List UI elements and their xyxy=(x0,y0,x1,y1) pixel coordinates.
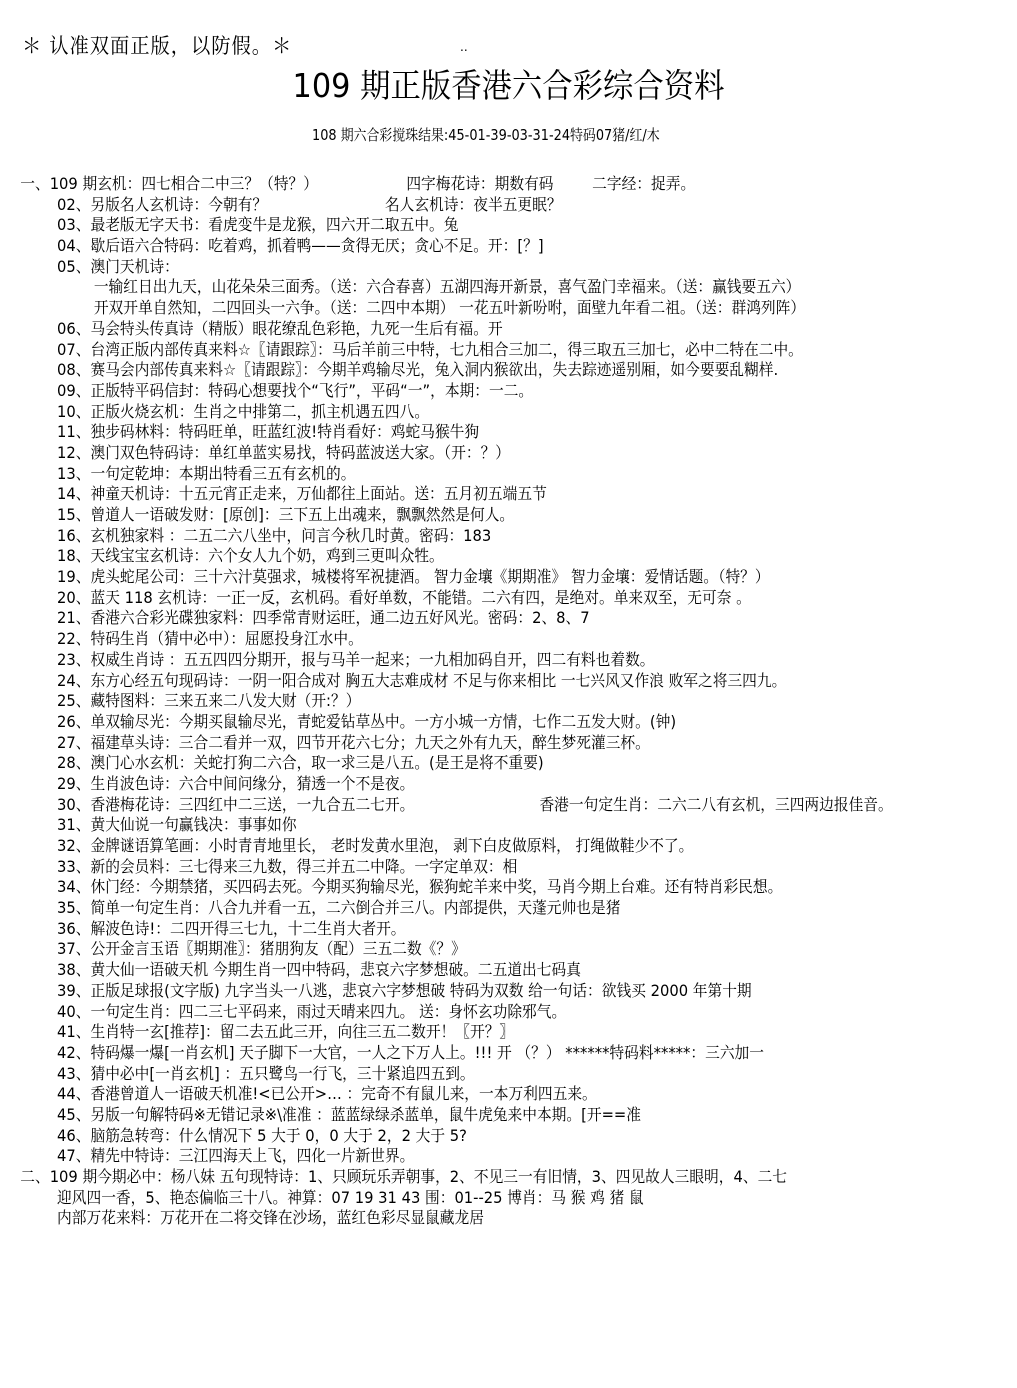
list-item-subline: 一输红日出九天，山花朵朵三面秀。（送：六合春喜）五湖四海开新景，喜气盈门幸福来。… xyxy=(0,277,936,298)
list-item: 09、正版特平码信封：特码心想要找个“飞行”，平码“一”，本期：一二。 xyxy=(0,381,936,402)
list-item: 10、正版火烧玄机：生肖之中排第二，抓主机遇五四八。 xyxy=(0,402,936,423)
list-item: 12、澳门双色特码诗：单红单蓝实易找，特码蓝波送大家。（开：？） xyxy=(0,443,936,464)
list-item: 40、一句定生肖：四二三七平码来，雨过天晴来四九。 送：身怀玄功除邪气。 xyxy=(0,1002,936,1023)
section-1-header-line: 一、109 期玄机：四七相合二中三？（特？）四字梅花诗：期数有码二字经：捉弄。 xyxy=(0,174,936,195)
section-1-label: 一、 xyxy=(20,174,49,193)
plum-poem: 四字梅花诗：期数有码 xyxy=(406,174,553,193)
document-body: 一、109 期玄机：四七相合二中三？（特？）四字梅花诗：期数有码二字经：捉弄。 … xyxy=(0,174,1017,1229)
list-item: 38、黄大仙一语破天机 今期生肖一四中特码，悲哀六字梦想破。二五道出七码真 xyxy=(0,960,936,981)
list-item: 39、正版足球报(文字版) 九字当头一八逃，悲哀六字梦想破 特码为双数 给一句话… xyxy=(0,981,936,1002)
list-item: 28、澳门心水玄机：关蛇打狗二六合，取一求三是八五。(是王是将不重要) xyxy=(0,753,936,774)
list-item: 47、精先中特诗：三江四海天上飞，四化一片新世界。 xyxy=(0,1146,936,1167)
list-item: 15、曾道人一语破发财：[原创]：三下五上出魂来，飘飘然然是何人。 xyxy=(0,505,936,526)
section-1-mystery: 109 期玄机：四七相合二中三？（特？） xyxy=(50,174,318,193)
list-item: 34、休门经：今期禁猪，买四码去死。今期买狗输尽光，猴狗蛇羊来中奖，马肖今期上台… xyxy=(0,877,936,898)
list-item: 07、台湾正版内部传真来料☆〖请跟踪〗：马后羊前三中特，七九相合三加二，得三取五… xyxy=(0,340,936,361)
list-item: 25、藏特图料：三来五来二八发大财（开:？） xyxy=(0,691,936,712)
list-item: 08、赛马会内部传真来料☆〖请跟踪〗：今期羊鸡输尽光，兔入洞内猴欲出，失去踪迹遥… xyxy=(0,360,936,381)
list-item: 21、香港六合彩光碟独家料：四季常青财运旺，通二边五好风光。密码：2、8、7 xyxy=(0,608,936,629)
list-item: 20、蓝天 118 玄机诗：一正一反，玄机码。看好单数，不能错。二六有四，是绝对… xyxy=(0,588,936,609)
list-item: 37、公开金言玉语〖期期准〗：猪朋狗友（配）三五二数《？》 xyxy=(0,939,936,960)
list-item: 06、马会特头传真诗（精版）眼花缭乱色彩艳，九死一生后有福。开 xyxy=(0,319,936,340)
list-item: 41、生肖特一玄[推荐]：留二去五此三开，向往三五二数开！〖开？〗 xyxy=(0,1022,936,1043)
list-item: 45、另版一句解特码※无错记录※\准准 ：蓝蓝绿绿杀蓝单，鼠牛虎兔来中本期。[开… xyxy=(0,1105,936,1126)
list-item: 23、权威生肖诗 ：五五四四分期开，报与马羊一起来；一九相加码自开，四二有料也着… xyxy=(0,650,936,671)
list-item: 35、简单一句定生肖：八合九并看一五，二六倒合并三八。内部提供，天蓬元帅也是猪 xyxy=(0,898,936,919)
list-item: 27、福建草头诗：三合二看并一双，四节开花六七分；九天之外有九天，醉生梦死灌三杯… xyxy=(0,733,936,754)
section-2-label: 二、 xyxy=(20,1167,49,1186)
list-item: 30、香港梅花诗：三四红中二三送，一九合五二七开。香港一句定生肖：二六二八有玄机… xyxy=(0,795,936,816)
list-item: 18、天线宝宝玄机诗：六个女人九个奶，鸡到三更叫众牲。 xyxy=(0,546,936,567)
list-item: 32、金牌谜语算笔画：小时青青地里长， 老时发黄水里泡， 剥下白皮做原料， 打绳… xyxy=(0,836,936,857)
list-item: 46、脑筋急转弯：什么情况下 5 大于 0，0 大于 2，2 大于 5? xyxy=(0,1126,936,1147)
list-item: 14、神童天机诗：十五元宵正走来，万仙都往上面站。送：五月初五端五节 xyxy=(0,484,936,505)
list-item: 03、最老版无字天书：看虎变牛是龙猴，四六开二取五中。兔 xyxy=(0,215,936,236)
list-item: 43、猜中必中[一肖玄机] ：五只鹭鸟一行飞，三十紧追四五到。 xyxy=(0,1064,936,1085)
list-item: 31、黄大仙说一句赢钱决：事事如你 xyxy=(0,815,936,836)
list-item: 36、解波色诗!：二四开得三七九，十二生肖大者开。 xyxy=(0,919,936,940)
list-item: 33、新的会员料：三七得来三九数，得三并五二中降。一字定单双：相 xyxy=(0,857,936,878)
list-item: 05、澳门天机诗： xyxy=(0,257,936,278)
list-item: 22、特码生肖（猜中必中）：屈愿投身江水中。 xyxy=(0,629,936,650)
list-item: 04、歇后语六合特码：吃着鸡，抓着鸭——贪得无厌；贪心不足。开：[？] xyxy=(0,236,936,257)
list-item: 24、东方心经五句现码诗：一阴一阳合成对 胸五大志难成材 不足与你来相比 一七兴… xyxy=(0,671,936,692)
anti-counterfeit-notice: ＊ 认准双面正版，以防假。＊ xyxy=(22,30,292,60)
list-item: 26、单双输尽光：今期买鼠输尽光，青蛇爱钻草丛中。一方小城一方情，七作二五发大财… xyxy=(0,712,936,733)
section-2-line: 迎风四一香，5、艳态偏临三十八。神算：07 19 31 43 围：01--25 … xyxy=(0,1188,936,1209)
list-item-subline: 开双开单自然知，二四回头一六争。（送：二四中本期） 一花五叶新吩咐，面壁九年看二… xyxy=(0,298,936,319)
section-2-line: 二、109 期今期必中：杨八妹 五句现特诗：1、只顾玩乐弄朝事，2、不见三一有旧… xyxy=(0,1167,936,1188)
page-title: 109 期正版香港六合彩综合资料 xyxy=(41,60,977,107)
list-item: 44、香港曾道人一语破天机准!<已公开>… ：完奇不有鼠儿来，一本万利四五来。 xyxy=(0,1084,936,1105)
list-item: 11、独步码林料：特码旺单，旺蓝红波!特肖看好：鸡蛇马猴牛狗 xyxy=(0,422,936,443)
list-item: 19、虎头蛇尾公司：三十六汁莫强求，城楼将军祝捷酒。 智力金壤《期期准》 智力金… xyxy=(0,567,936,588)
section-2-line: 内部万花来料：万花开在二将交锋在沙场，蓝红色彩尽显鼠藏龙居 xyxy=(0,1208,936,1229)
list-item: 13、一句定乾坤：本期出特看三五有玄机的。 xyxy=(0,464,936,485)
list-item: 16、玄机独家料 ：二五二六八坐中，问言今秋几时黄。密码：183 xyxy=(0,526,936,547)
stray-dots: .. xyxy=(460,40,468,54)
list-item: 42、特码爆一爆[一肖玄机] 天子脚下一大官，一人之下万人上。!!! 开 （？）… xyxy=(0,1043,936,1064)
list-item: 02、另版名人玄机诗：今朝有？名人玄机诗：夜半五更眠？ xyxy=(0,195,936,216)
list-item: 29、生肖波色诗：六合中间问缘分，猜透一个不是夜。 xyxy=(0,774,936,795)
previous-draw-result: 108 期六合彩搅珠结果:45-01-39-03-31-24特码07猪/红/木 xyxy=(312,124,660,145)
two-word-classic: 二字经：捉弄。 xyxy=(592,174,695,193)
